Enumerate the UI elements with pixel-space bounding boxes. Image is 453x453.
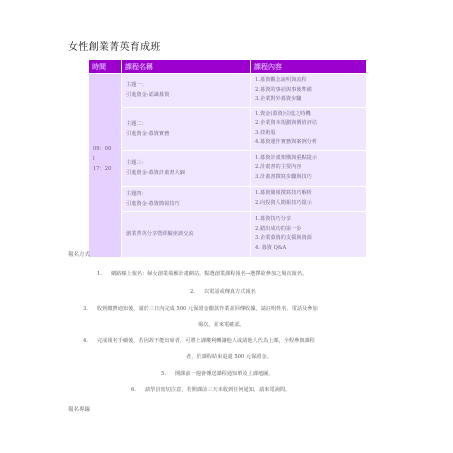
content-cell: 1.募資簡報撰寫技巧解析2.向投資人簡報技巧提示 (251, 186, 367, 211)
time-separator: l (93, 154, 117, 164)
registration-item: 2.以電話或傳真方式報名 (190, 288, 256, 295)
content-cell: 1.募資計畫架構與重點提示2.計畫書的主要內容3.計畫書撰寫步驟與技巧 (251, 150, 367, 186)
topic-cell: 主題三：引進資金-募資計畫書大綱 (122, 150, 251, 186)
registration-item: 1.網路線上報名：婦女創業飛雁計畫網站，點選創業課程報名→選擇欲參加之場次報名。 (97, 270, 307, 277)
header-course-name: 課程名稱 (122, 60, 251, 74)
table-row: 09：00 l 17：20 主題一：引進資金-認識募資 1.募資觀念說明與流程2… (89, 74, 367, 108)
topic-cell: 主題一：引進資金-認識募資 (122, 74, 251, 108)
time-end: 17：20 (93, 164, 117, 174)
time-start: 09：00 (93, 144, 117, 154)
hotline-heading: 報名專線 (68, 405, 90, 413)
topic-cell: 主題二：引進資金-募資實務 (122, 107, 251, 150)
registration-item: 4.完成報名手續後，若因故不能出席者，可將上課權利轉讓他人或請他人代為上課，全程… (83, 337, 315, 344)
page-title: 女性創業菁英育成班 (68, 38, 161, 53)
registration-item: 6.請學員密切注意，若開課前三天未收到任何通知，請來電詢問。 (131, 386, 290, 393)
content-cell: 1.募資技巧分享2.踏出成功的第一步3.企業募資的支援與資源4. 募資 Q&A (251, 211, 367, 257)
content-cell: 1.資金(募資)引進之時機2.企業資本規劃與價值評估3.技術股4.募資運作實務與… (251, 107, 367, 150)
header-course-content: 課程內容 (251, 60, 367, 74)
time-cell: 09：00 l 17：20 (89, 74, 122, 258)
table-row: 主題三：引進資金-募資計畫書大綱 1.募資計畫架構與重點提示2.計畫書的主要內容… (89, 150, 367, 186)
topic-cell: 創業菁英分享暨經驗座談交流 (122, 211, 251, 257)
content-cell: 1.募資觀念說明與流程2.募資的事前與事後準備3.企業對外募資步驟 (251, 74, 367, 108)
schedule-table: 時間 課程名稱 課程內容 09：00 l 17：20 主題一：引進資金-認識募資… (88, 59, 367, 258)
registration-item: 5.開課前一週會傳送課程通知單及上課地圖。 (161, 370, 274, 377)
table-header-row: 時間 課程名稱 課程內容 (89, 60, 367, 74)
header-time: 時間 (89, 60, 122, 74)
registration-method-heading: 報名方式 (68, 250, 90, 258)
registration-item: 3.收到繳費通知後，請於三日內完成 500 元保證金繳款作業並回傳收據，請註明姓… (83, 305, 318, 312)
topic-cell: 主題四：引進資金-募資簡報技巧 (122, 186, 251, 211)
table-row: 主題二：引進資金-募資實務 1.資金(募資)引進之時機2.企業資本規劃與價值評估… (89, 107, 367, 150)
table-row: 主題四：引進資金-募資簡報技巧 1.募資簡報撰寫技巧解析2.向投資人簡報技巧提示 (89, 186, 367, 211)
registration-item-continuation: 者，於課程結束退還 500 元保證金。 (186, 353, 272, 360)
table-row: 創業菁英分享暨經驗座談交流 1.募資技巧分享2.踏出成功的第一步3.企業募資的支… (89, 211, 367, 257)
registration-item-continuation: 場次，並來電確認。 (198, 321, 245, 328)
